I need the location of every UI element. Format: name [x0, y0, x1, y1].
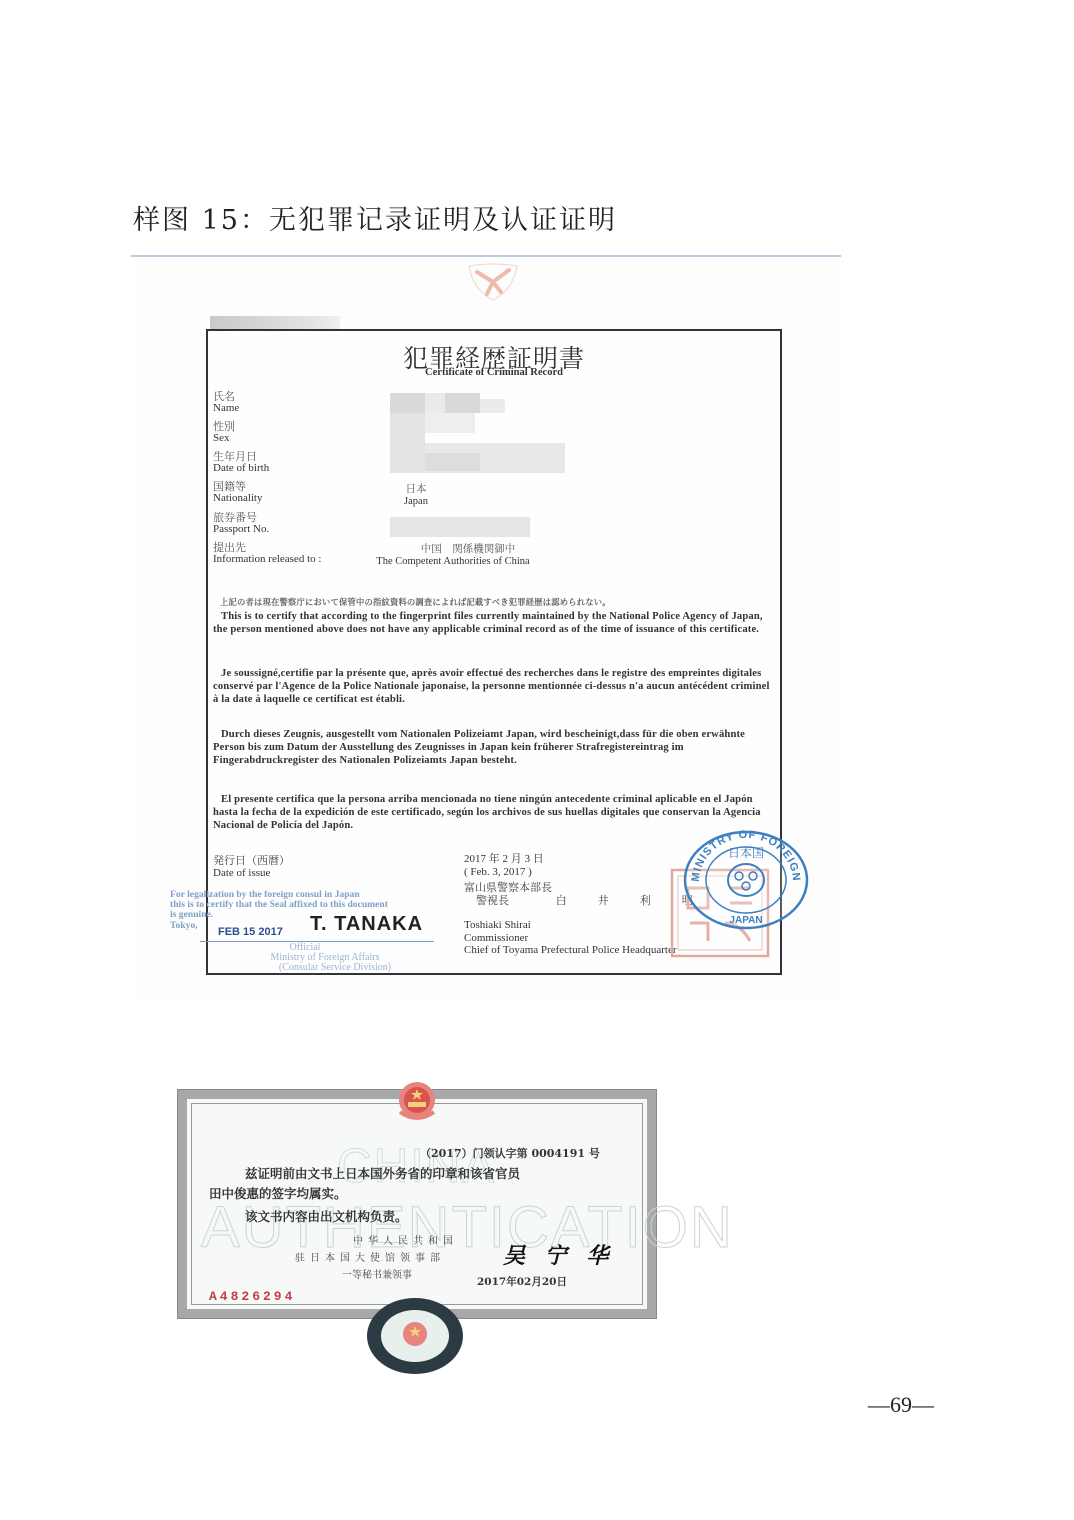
issuer-block-en: Toshiaki Shirai Commissioner Chief of To… — [464, 919, 677, 957]
authentication-org-line3: 一等秘书兼领事 — [342, 1266, 412, 1281]
issue-date-value: 2017 年 2 月 3 日 ( Feb. 3, 2017 ) — [464, 853, 544, 878]
svg-text:日本国: 日本国 — [728, 845, 764, 860]
authentication-body-line1: 兹证明前由文书上日本国外务省的印章和该省官员 — [245, 1164, 520, 1182]
issue-date-label: 発行日（西暦） Date of issue — [213, 855, 290, 879]
national-emblem-icon — [392, 1080, 442, 1126]
legalization-date: FEB 15 2017 — [218, 926, 283, 938]
redacted-block — [425, 413, 475, 433]
nationality-value: 日本 Japan — [386, 484, 446, 508]
statement-ja: 上記の者は現在警察庁において保管中の指紋資料の調査によれば記載すべき犯罪経歴は認… — [220, 596, 780, 609]
legalization-signature: T. TANAKA — [310, 913, 423, 936]
consul-signature: 吴 宁 华 — [503, 1239, 614, 1270]
legalization-office: Official Ministry of Foreign Affairs (Co… — [210, 943, 440, 973]
statement-fr: Je soussigné,certifie par la présente qu… — [213, 667, 777, 707]
authentication-org-line2: 驻日本国大使馆领事部 — [295, 1249, 445, 1264]
statement-en: This is to certify that according to the… — [213, 610, 777, 636]
certificate-title-en: Certificate of Criminal Record — [208, 367, 780, 378]
svg-text:JAPAN: JAPAN — [729, 915, 762, 926]
field-label-name: 氏名Name — [213, 392, 239, 414]
authentication-number: （2017）门领认字第 0004191 号 — [420, 1145, 600, 1161]
field-label-released-to: 提出先Information released to : — [213, 543, 321, 565]
faded-seal-icon — [463, 262, 523, 302]
released-to-value: 中国 関係機関御中 The Competent Authorities of C… — [348, 544, 558, 568]
statement-es: El presente certifica que la persona arr… — [213, 793, 777, 833]
redacted-header-block — [210, 316, 340, 330]
authentication-serial: A4826294 — [209, 1289, 295, 1304]
field-label-sex: 性別Sex — [213, 422, 235, 444]
page-heading: 样图 15：无犯罪记录证明及认证证明 — [133, 198, 617, 237]
authentication-body-line3: 该文书内容由出文机构负责。 — [245, 1207, 408, 1225]
authentication-seal-icon — [365, 1296, 465, 1376]
statement-de: Durch dieses Zeugnis, ausgestellt vom Na… — [213, 728, 777, 768]
redacted-block — [480, 399, 505, 413]
redacted-block — [425, 393, 445, 413]
authentication-org-line1: 中华人民共和国 — [353, 1232, 458, 1247]
watermark-authentication: AUTHENTICATION — [201, 1194, 734, 1261]
mofa-seal-icon: MINISTRY OF FOREIGN AFFAIRS JAPAN 日本国 — [683, 830, 809, 930]
authentication-date: 2017年02月20日 — [477, 1274, 567, 1289]
redacted-passport-value — [390, 517, 530, 537]
authentication-body-line2: 田中俊惠的签字均属实。 — [209, 1184, 347, 1202]
redacted-name-value — [390, 393, 425, 413]
field-label-nationality: 国籍等Nationality — [213, 482, 263, 504]
issuer-block-ja: 富山県警察本部長 警視長 白 井 利 明 — [464, 882, 703, 907]
redacted-block — [425, 453, 480, 471]
page-number: —69— — [868, 1392, 934, 1418]
field-label-passport: 旅券番号Passport No. — [213, 513, 269, 535]
redacted-block — [445, 393, 480, 413]
field-label-dob: 生年月日Date of birth — [213, 452, 269, 474]
heading-divider — [131, 255, 841, 257]
